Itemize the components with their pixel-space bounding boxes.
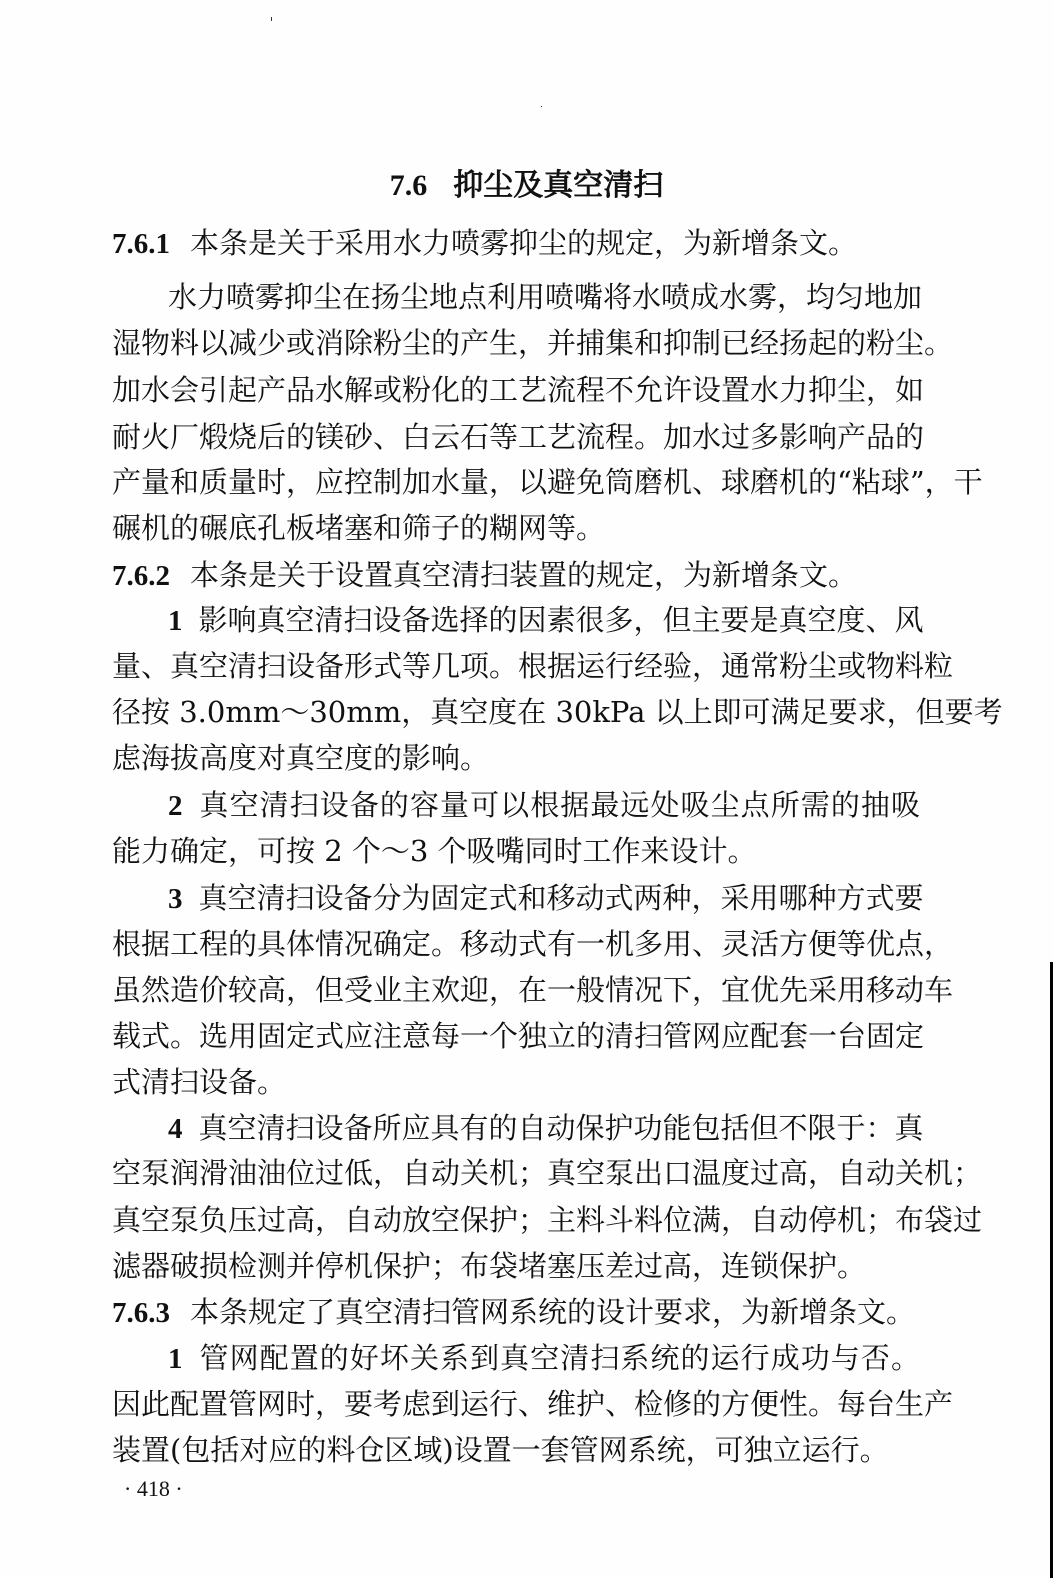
- paragraph-line: 虑海拔高度对真空度的影响。: [112, 738, 920, 778]
- line-text: 滤器破损检测并停机保护；布袋堵塞压差过高，连锁保护。: [112, 1249, 866, 1283]
- line-text: 径按 3.0mm～30mm，真空度在 30kPa 以上即可满足要求，但要考: [112, 695, 1003, 729]
- line-text: 空泵润滑油油位过低，自动关机；真空泵出口温度过高，自动关机；: [112, 1156, 982, 1190]
- clause-line: 7.6.2本条是关于设置真空清扫装置的规定，为新增条文。: [112, 555, 920, 595]
- line-text: 湿物料以减少或消除粉尘的产生，并捕集和抑制已经扬起的粉尘。: [112, 326, 953, 360]
- clause-number: 7.6.2: [112, 560, 170, 592]
- paragraph-line: 载式。选用固定式应注意每一个独立的清扫管网应配套一台固定: [112, 1016, 920, 1056]
- item-number: 2: [168, 790, 183, 822]
- line-text: 本条规定了真空清扫管网系统的设计要求，为新增条文。: [190, 1295, 915, 1329]
- list-item-line: 4真空清扫设备所应具有的自动保护功能包括但不限于：真: [112, 1108, 920, 1148]
- paragraph-line: 虽然造价较高，但受业主欢迎，在一般情况下，宜优先采用移动车: [112, 970, 920, 1010]
- line-text: 产量和质量时，应控制加水量，以避免筒磨机、球磨机的“粘球”，干: [112, 465, 983, 499]
- list-item-line: 1管网配置的好坏关系到真空清扫系统的运行成功与否。: [112, 1338, 920, 1378]
- line-text: 耐火厂煅烧后的镁砂、白云石等工艺流程。加水过多影响产品的: [112, 420, 924, 454]
- paragraph-line: 能力确定，可按 2 个～3 个吸嘴同时工作来设计。: [112, 831, 920, 871]
- paragraph-line: 真空泵负压过高，自动放空保护；主料斗料位满，自动停机；布袋过: [112, 1200, 920, 1240]
- line-text: 装置(包括对应的料仓区域)设置一套管网系统，可独立运行。: [112, 1433, 889, 1467]
- page-number: · 418 ·: [124, 1474, 183, 1504]
- section-title: 抑尘及真空清扫: [453, 168, 663, 203]
- section-heading: 7.6抑尘及真空清扫: [0, 166, 1053, 206]
- line-text: 载式。选用固定式应注意每一个独立的清扫管网应配套一台固定: [112, 1019, 924, 1053]
- item-number: 1: [168, 605, 183, 637]
- list-item-line: 1影响真空清扫设备选择的因素很多，但主要是真空度、风: [112, 600, 920, 640]
- line-text: 虽然造价较高，但受业主欢迎，在一般情况下，宜优先采用移动车: [112, 973, 953, 1007]
- paragraph-line: 径按 3.0mm～30mm，真空度在 30kPa 以上即可满足要求，但要考: [112, 692, 920, 732]
- paragraph-line: 湿物料以减少或消除粉尘的产生，并捕集和抑制已经扬起的粉尘。: [112, 323, 920, 363]
- scan-speck: [541, 106, 542, 107]
- line-text: 真空清扫设备分为固定式和移动式两种，采用哪种方式要: [199, 881, 924, 915]
- line-text: 虑海拔高度对真空度的影响。: [112, 741, 489, 775]
- item-number: 1: [168, 1343, 183, 1375]
- section-number: 7.6: [390, 169, 428, 202]
- document-page: 7.6抑尘及真空清扫 7.6.1本条是关于采用水力喷雾抑尘的规定，为新增条文。水…: [0, 0, 1053, 1578]
- paragraph-line: 根据工程的具体情况确定。移动式有一机多用、灵活方便等优点，: [112, 924, 920, 964]
- paragraph-line: 水力喷雾抑尘在扬尘地点利用喷嘴将水喷成水雾，均匀地加: [112, 277, 920, 317]
- paragraph-line: 耐火厂煅烧后的镁砂、白云石等工艺流程。加水过多影响产品的: [112, 417, 920, 457]
- paragraph-line: 产量和质量时，应控制加水量，以避免筒磨机、球磨机的“粘球”，干: [112, 462, 920, 502]
- list-item-line: 3真空清扫设备分为固定式和移动式两种，采用哪种方式要: [112, 878, 920, 918]
- paragraph-line: 式清扫设备。: [112, 1062, 920, 1102]
- line-text: 本条是关于设置真空清扫装置的规定，为新增条文。: [190, 558, 857, 592]
- paragraph-line: 装置(包括对应的料仓区域)设置一套管网系统，可独立运行。: [112, 1430, 920, 1470]
- paragraph-line: 碾机的碾底孔板堵塞和筛子的糊网等。: [112, 508, 920, 548]
- clause-number: 7.6.3: [112, 1297, 170, 1329]
- clause-number: 7.6.1: [112, 228, 170, 260]
- clause-line: 7.6.3本条规定了真空清扫管网系统的设计要求，为新增条文。: [112, 1292, 920, 1332]
- paragraph-line: 空泵润滑油油位过低，自动关机；真空泵出口温度过高，自动关机；: [112, 1153, 920, 1193]
- line-text: 式清扫设备。: [112, 1065, 286, 1099]
- list-item-line: 2真空清扫设备的容量可以根据最远处吸尘点所需的抽吸: [112, 785, 920, 825]
- line-text: 量、真空清扫设备形式等几项。根据运行经验，通常粉尘或物料粒: [112, 649, 953, 683]
- line-text: 影响真空清扫设备选择的因素很多，但主要是真空度、风: [199, 603, 924, 637]
- paragraph-line: 因此配置管网时，要考虑到运行、维护、检修的方便性。每台生产: [112, 1384, 920, 1424]
- paragraph-line: 滤器破损检测并停机保护；布袋堵塞压差过高，连锁保护。: [112, 1246, 920, 1286]
- line-text: 因此配置管网时，要考虑到运行、维护、检修的方便性。每台生产: [112, 1387, 953, 1421]
- item-number: 4: [168, 1113, 183, 1145]
- paragraph-line: 量、真空清扫设备形式等几项。根据运行经验，通常粉尘或物料粒: [112, 646, 920, 686]
- paragraph-line: 加水会引起产品水解或粉化的工艺流程不允许设置水力抑尘，如: [112, 370, 920, 410]
- line-text: 加水会引起产品水解或粉化的工艺流程不允许设置水力抑尘，如: [112, 373, 924, 407]
- scan-speck: [271, 17, 272, 21]
- line-text: 能力确定，可按 2 个～3 个吸嘴同时工作来设计。: [112, 834, 757, 868]
- line-text: 根据工程的具体情况确定。移动式有一机多用、灵活方便等优点，: [112, 927, 953, 961]
- line-text: 管网配置的好坏关系到真空清扫系统的运行成功与否。: [199, 1341, 921, 1375]
- line-text: 水力喷雾抑尘在扬尘地点利用喷嘴将水喷成水雾，均匀地加: [168, 280, 922, 314]
- line-text: 真空清扫设备所应具有的自动保护功能包括但不限于：真: [199, 1111, 924, 1145]
- clause-line: 7.6.1本条是关于采用水力喷雾抑尘的规定，为新增条文。: [112, 223, 920, 263]
- item-number: 3: [168, 883, 183, 915]
- line-text: 真空清扫设备的容量可以根据最远处吸尘点所需的抽吸: [199, 788, 921, 822]
- line-text: 本条是关于采用水力喷雾抑尘的规定，为新增条文。: [190, 226, 857, 260]
- line-text: 真空泵负压过高，自动放空保护；主料斗料位满，自动停机；布袋过: [112, 1203, 982, 1237]
- line-text: 碾机的碾底孔板堵塞和筛子的糊网等。: [112, 511, 605, 545]
